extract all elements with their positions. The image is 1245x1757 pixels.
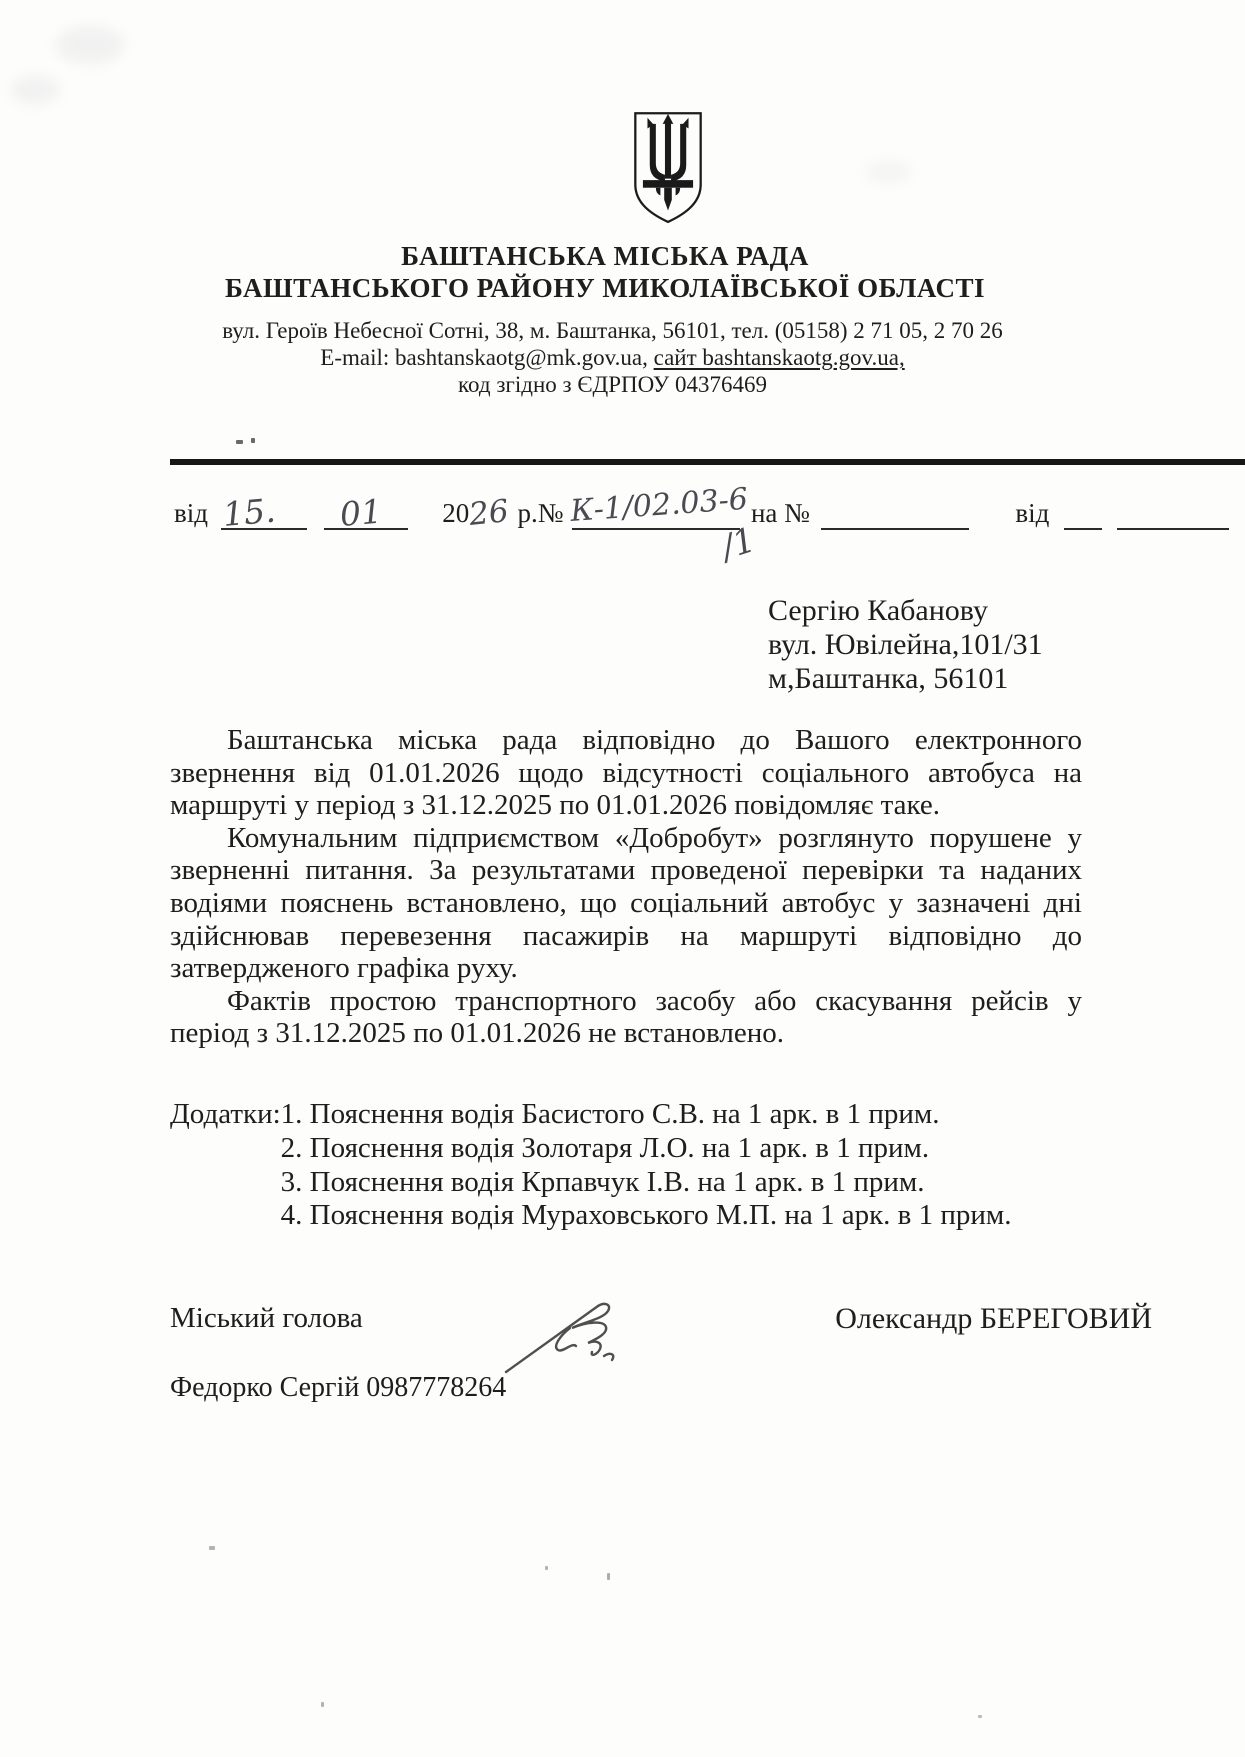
letterhead-contacts: вул. Героїв Небесної Сотні, 38, м. Башта…: [0, 318, 1225, 399]
scan-speck: [978, 1715, 982, 1718]
email-line: E-mail: bashtanskaotg@mk.gov.ua, сайт ba…: [0, 345, 1225, 371]
recipient-street: вул. Ювілейна,101/31: [768, 628, 1043, 662]
ref-incoming-number-blank: [821, 498, 969, 530]
letterhead-divider: [170, 459, 1245, 465]
email-text: E-mail: bashtanskaotg@mk.gov.ua,: [320, 345, 653, 370]
ref-incoming-from-label: від: [1015, 498, 1049, 529]
ref-incoming-day-blank: [1064, 498, 1102, 530]
body-paragraph-3: Фактів простою транспортного засобу або …: [170, 985, 1082, 1050]
ref-from-label: від: [174, 498, 208, 529]
ref-incoming-month-blank: [1117, 498, 1229, 530]
signer-name: Олександр БЕРЕГОВИЙ: [835, 1302, 1152, 1336]
attachments-list: 1. Пояснення водія Басистого С.В. на 1 а…: [281, 1098, 1130, 1233]
body-paragraph-1: Баштанська міська рада відповідно до Ваш…: [170, 724, 1082, 822]
reference-line: від 15. 01 2026 р.№ К-1/02.03-6 на № від…: [174, 494, 1225, 530]
scan-speck: [321, 1702, 324, 1707]
attachment-item: 4. Пояснення водія Мураховського М.П. на…: [281, 1199, 1130, 1233]
ref-incoming-label: на №: [751, 498, 810, 529]
handwritten-day: 15.: [221, 491, 277, 534]
scan-speck: [251, 438, 255, 443]
address-line: вул. Героїв Небесної Сотні, 38, м. Башта…: [0, 318, 1225, 344]
scanned-letter-page: БАШТАНСЬКА МІСЬКА РАДА БАШТАНСЬКОГО РАЙО…: [0, 0, 1245, 1757]
handwritten-month: 01: [338, 491, 383, 534]
edrpou-line: код згідно з ЄДРПОУ 04376469: [0, 372, 1225, 398]
org-name-line1: БАШТАНСЬКА МІСЬКА РАДА: [0, 240, 1210, 272]
recipient-block: Сергію Кабанову вул. Ювілейна,101/31 м,Б…: [768, 594, 1043, 696]
handwritten-signature-icon: [500, 1294, 625, 1379]
attachment-item: 3. Пояснення водія Крпавчук І.В. на 1 ар…: [281, 1166, 1130, 1200]
attachments-block: Додатки: 1. Пояснення водія Басистого С.…: [170, 1098, 1130, 1233]
handwritten-year: 26: [468, 493, 511, 533]
letter-body: Баштанська міська рада відповідно до Ваш…: [170, 724, 1082, 1050]
recipient-name: Сергію Кабанову: [768, 594, 1043, 628]
ukraine-trident-icon: [630, 110, 706, 232]
attachment-item: 1. Пояснення водія Басистого С.В. на 1 а…: [281, 1098, 1130, 1132]
letterhead: БАШТАНСЬКА МІСЬКА РАДА БАШТАНСЬКОГО РАЙО…: [0, 240, 1210, 304]
attachment-item: 2. Пояснення водія Золотаря Л.О. на 1 ар…: [281, 1132, 1130, 1166]
org-name-line2: БАШТАНСЬКОГО РАЙОНУ МИКОЛАЇВСЬКОЇ ОБЛАСТ…: [0, 272, 1210, 304]
ref-year-prefix: 20: [442, 498, 469, 529]
signature-row: Міський голова Олександр БЕРЕГОВИЙ: [170, 1302, 1152, 1336]
site-link-text: сайт bashtanskaotg.gov.ua,: [654, 345, 905, 370]
scan-speck: [607, 1573, 610, 1580]
scan-speck: [236, 440, 243, 444]
signature-scribble: [500, 1294, 625, 1379]
scan-speck: [545, 1566, 548, 1570]
ref-number-label: р.№: [517, 498, 563, 529]
body-paragraph-2: Комунальним підприємством «Добробут» роз…: [170, 822, 1082, 985]
scan-speck: [209, 1546, 215, 1550]
scan-smudge: [55, 25, 125, 65]
signer-position: Міський голова: [170, 1302, 363, 1335]
executor-contact: Федорко Сергій 0987778264: [170, 1372, 506, 1404]
handwritten-number: К-1/02.03-6: [569, 482, 749, 529]
attachments-label: Додатки:: [170, 1098, 281, 1233]
ref-day-blank: 15.: [221, 498, 307, 530]
ref-number-blank: К-1/02.03-6: [572, 498, 740, 530]
scan-smudge: [10, 75, 60, 105]
recipient-city: м,Баштанка, 56101: [768, 662, 1043, 696]
ref-month-blank: 01: [324, 498, 408, 530]
scan-smudge: [865, 160, 911, 184]
coat-of-arms: [630, 110, 706, 232]
